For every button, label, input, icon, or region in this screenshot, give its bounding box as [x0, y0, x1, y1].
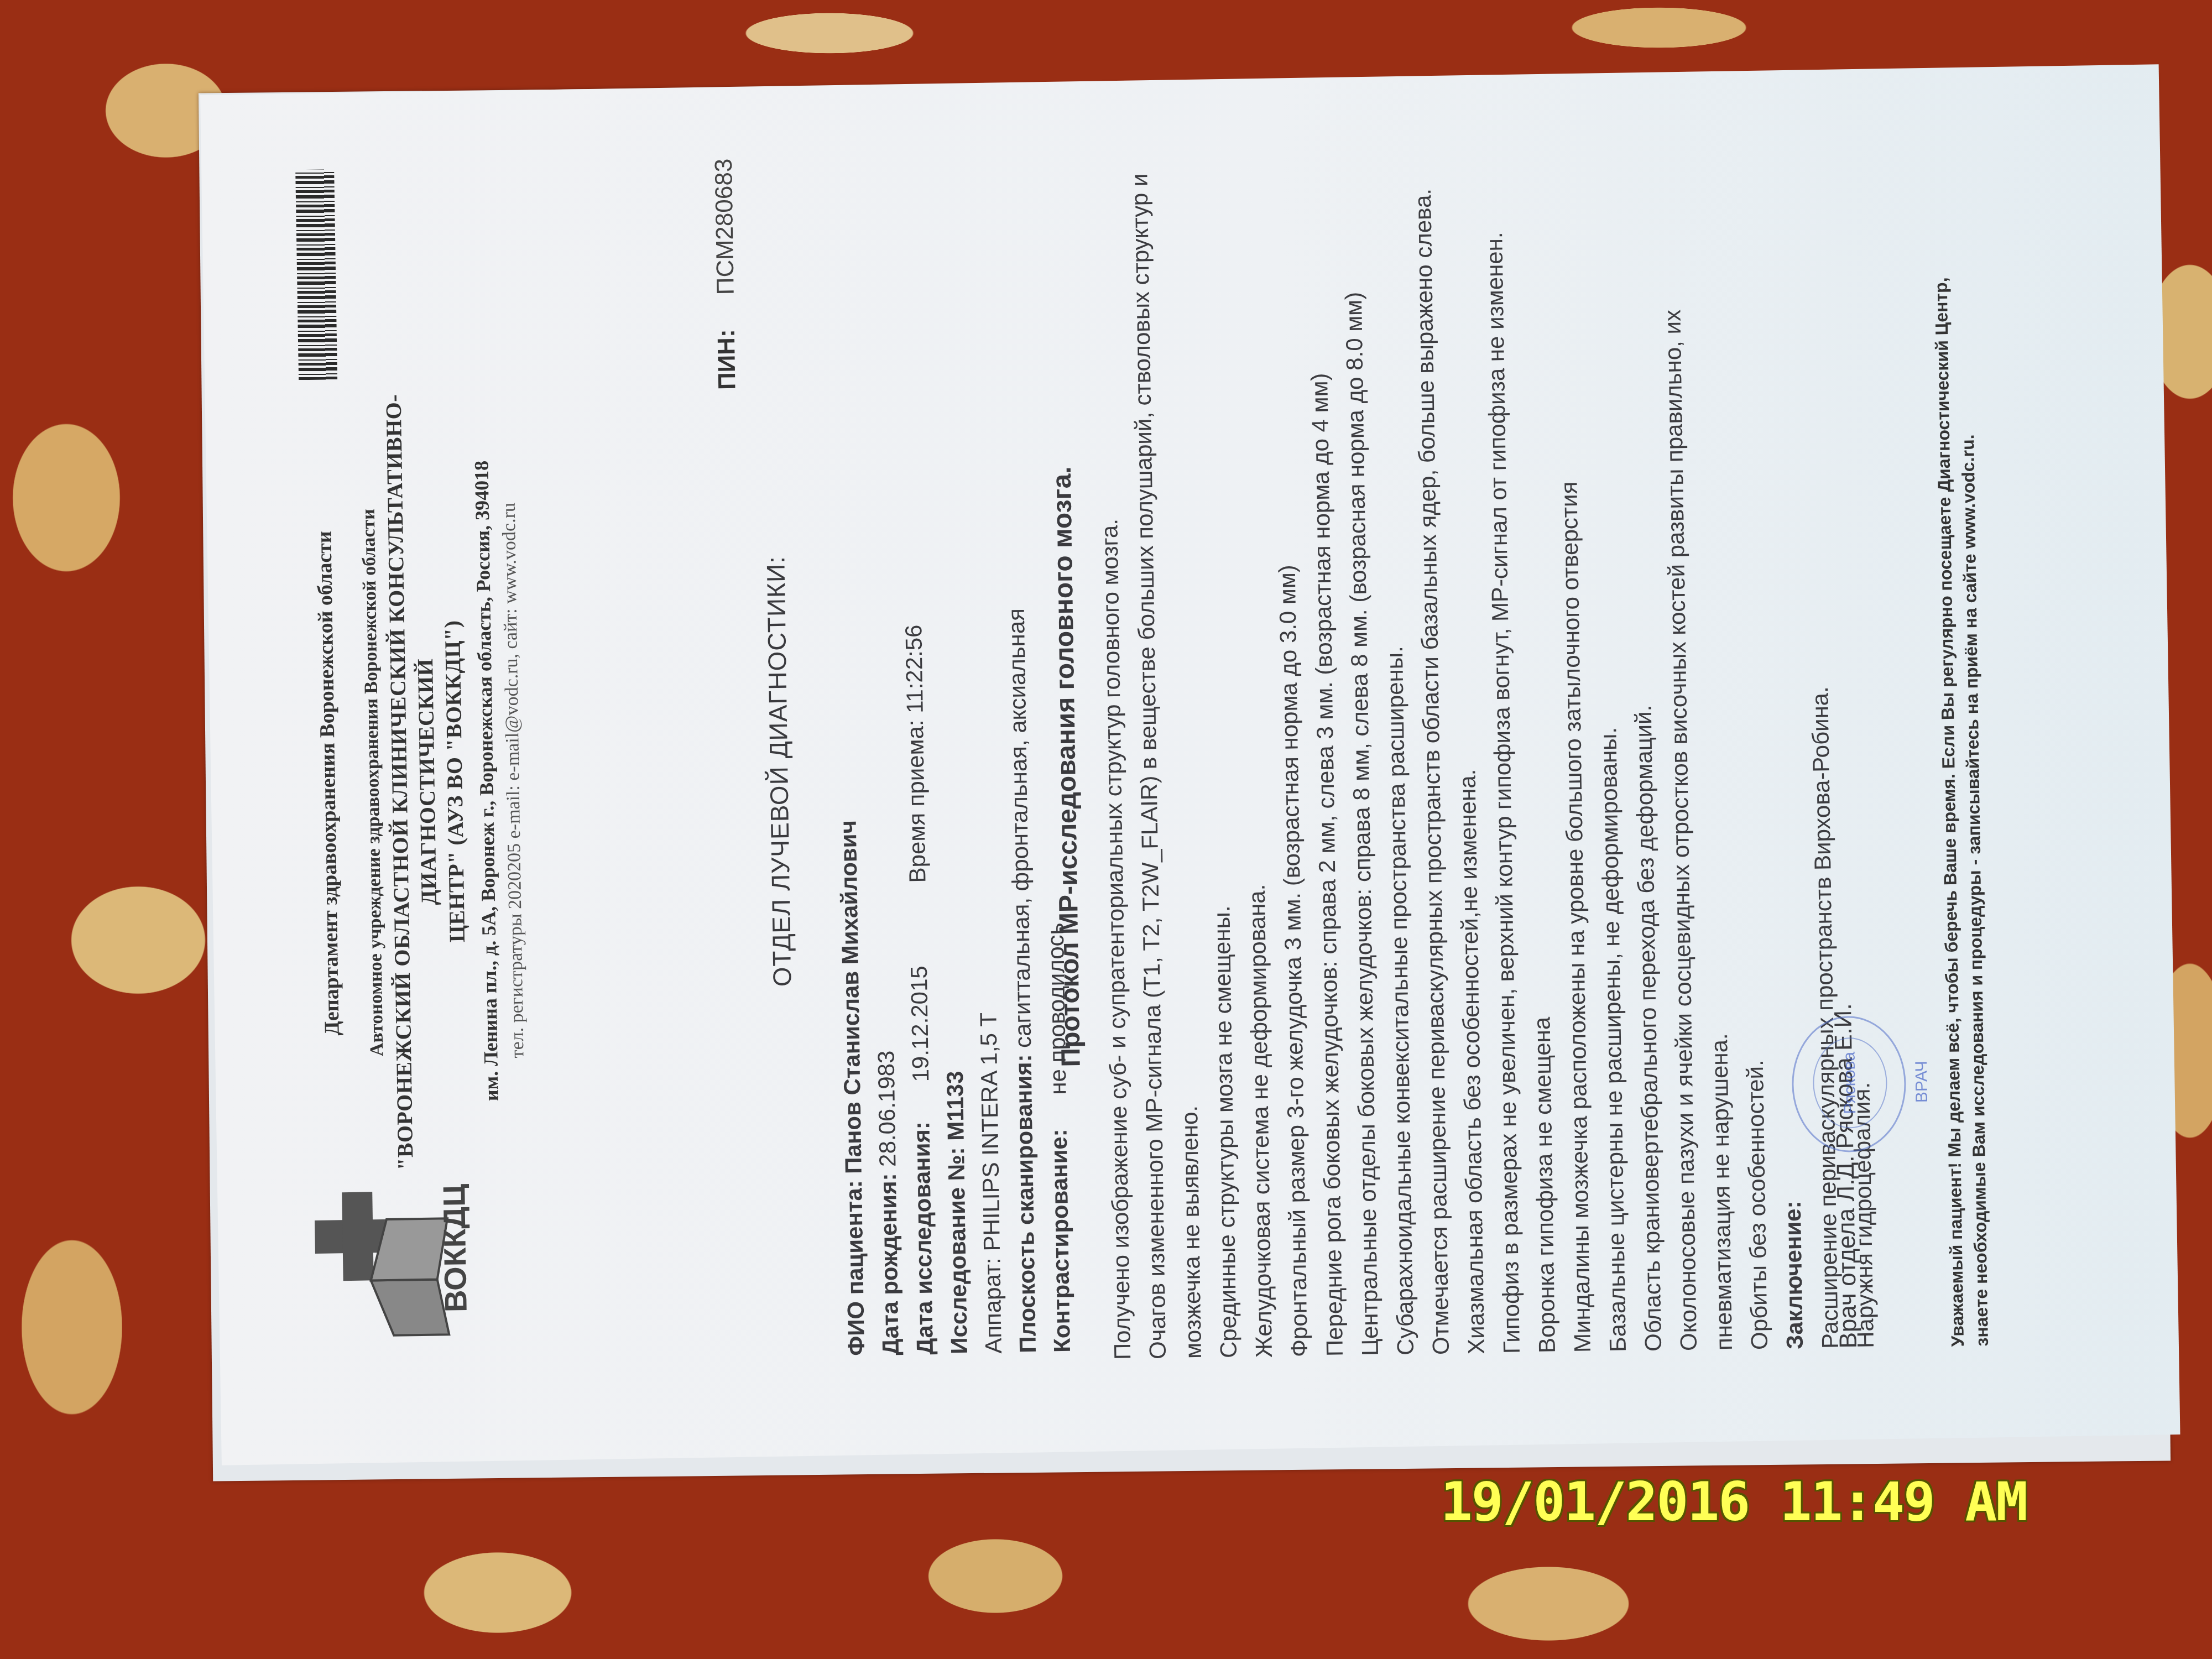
exam-date: 19.12.2015	[906, 966, 933, 1082]
exam-number: М1133	[942, 1071, 969, 1141]
patient-notice: Уважаемый пациент! Мы делаем всё, чтобы …	[1926, 130, 1994, 1347]
device: PHILIPS INTERA 1,5 Т	[975, 1012, 1005, 1251]
pin-label: ПИН:	[713, 329, 741, 390]
patient-name: Панов Станислав Михайлович	[835, 820, 867, 1174]
reception-time: 11:22:56	[900, 624, 928, 713]
pin-block: ПИН: ПСМ280683	[710, 158, 742, 390]
birth-date: 28.06.1983	[873, 1050, 900, 1167]
letterhead: Департамент здравоохранения Воронежской …	[309, 310, 534, 1254]
stamp-text: Ряскова ВРАЧ	[1812, 1037, 1888, 1129]
patient-fields: ФИО пациента: Панов Станислав Михайлович…	[821, 191, 1079, 1357]
camera-timestamp: 19/01/2016 11:49 AM	[1441, 1471, 2027, 1533]
findings: Получено изображение суб- и супратентори…	[1086, 154, 1884, 1360]
pin-value: ПСМ280683	[710, 158, 739, 295]
department-title: ОТДЕЛ ЛУЧЕВОЙ ДИАГНОСТИКИ:	[753, 86, 805, 1457]
document-sheet: ВОККДЦ Департамент здравоохранения Ворон…	[200, 64, 2180, 1465]
document-content: ВОККДЦ Департамент здравоохранения Ворон…	[200, 64, 2180, 1465]
scan-plane: сагиттальная, фронтальная, аксиальная	[1003, 608, 1036, 1048]
department-name: Департамент здравоохранения Воронежской …	[309, 313, 348, 1253]
